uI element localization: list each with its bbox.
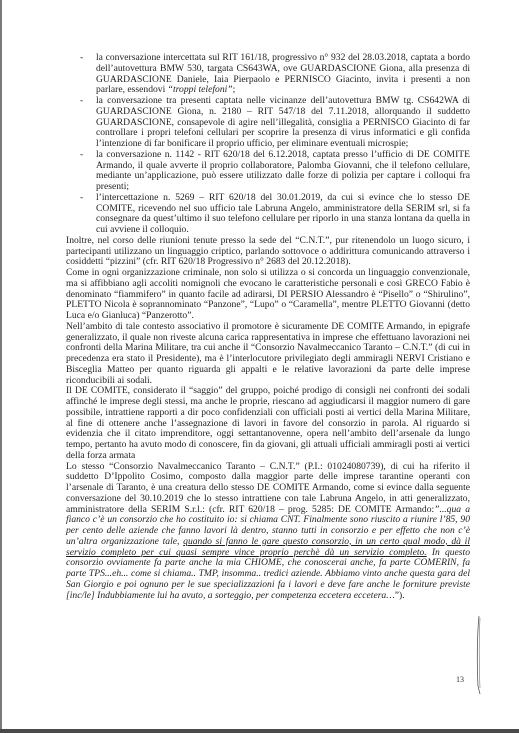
page-number: 13 (456, 675, 464, 684)
list-item-text: l’intercettazione n. 5269 – RIT 620/18 d… (96, 192, 470, 235)
paragraph: Nell’ambito di tale contesto associativo… (66, 322, 470, 387)
paragraph-intro: Lo stesso “Consorzio Navalmeccanico Tara… (66, 461, 470, 515)
handwritten-margin-mark-icon (476, 616, 482, 694)
list-item-punct: ; (233, 84, 236, 95)
quote-italic: “troppi telefoni” (168, 84, 233, 95)
paragraph-with-quote: Lo stesso “Consorzio Navalmeccanico Tara… (66, 462, 470, 602)
page-left-border (0, 0, 2, 733)
list-item: - la conversazione tra presenti captata … (66, 96, 470, 150)
paragraph: Inoltre, nel corso delle riunioni tenute… (66, 236, 470, 268)
list-item-text: la conversazione intercettata sul RIT 16… (96, 52, 470, 95)
quote-closing: ”). (395, 590, 405, 601)
paragraph: Il DE COMITE, considerato il “saggio” de… (66, 386, 470, 461)
paragraph: Come in ogni organizzazione criminale, n… (66, 268, 470, 322)
viewer-bottom-edge (0, 729, 519, 733)
bullet-dash: - (80, 53, 83, 64)
list-item-text: la conversazione tra presenti captata ne… (96, 95, 470, 149)
bullet-dash: - (80, 150, 83, 161)
list-item: - l’intercettazione n. 5269 – RIT 620/18… (66, 193, 470, 236)
list-item: - la conversazione n. 1142 - RIT 620/18 … (66, 150, 470, 193)
evidence-list: - la conversazione intercettata sul RIT … (66, 53, 470, 236)
list-item: - la conversazione intercettata sul RIT … (66, 53, 470, 96)
document-page: - la conversazione intercettata sul RIT … (66, 53, 470, 601)
bullet-dash: - (80, 96, 83, 107)
bullet-dash: - (80, 193, 83, 204)
list-item-text: la conversazione n. 1142 - RIT 620/18 de… (96, 149, 470, 192)
